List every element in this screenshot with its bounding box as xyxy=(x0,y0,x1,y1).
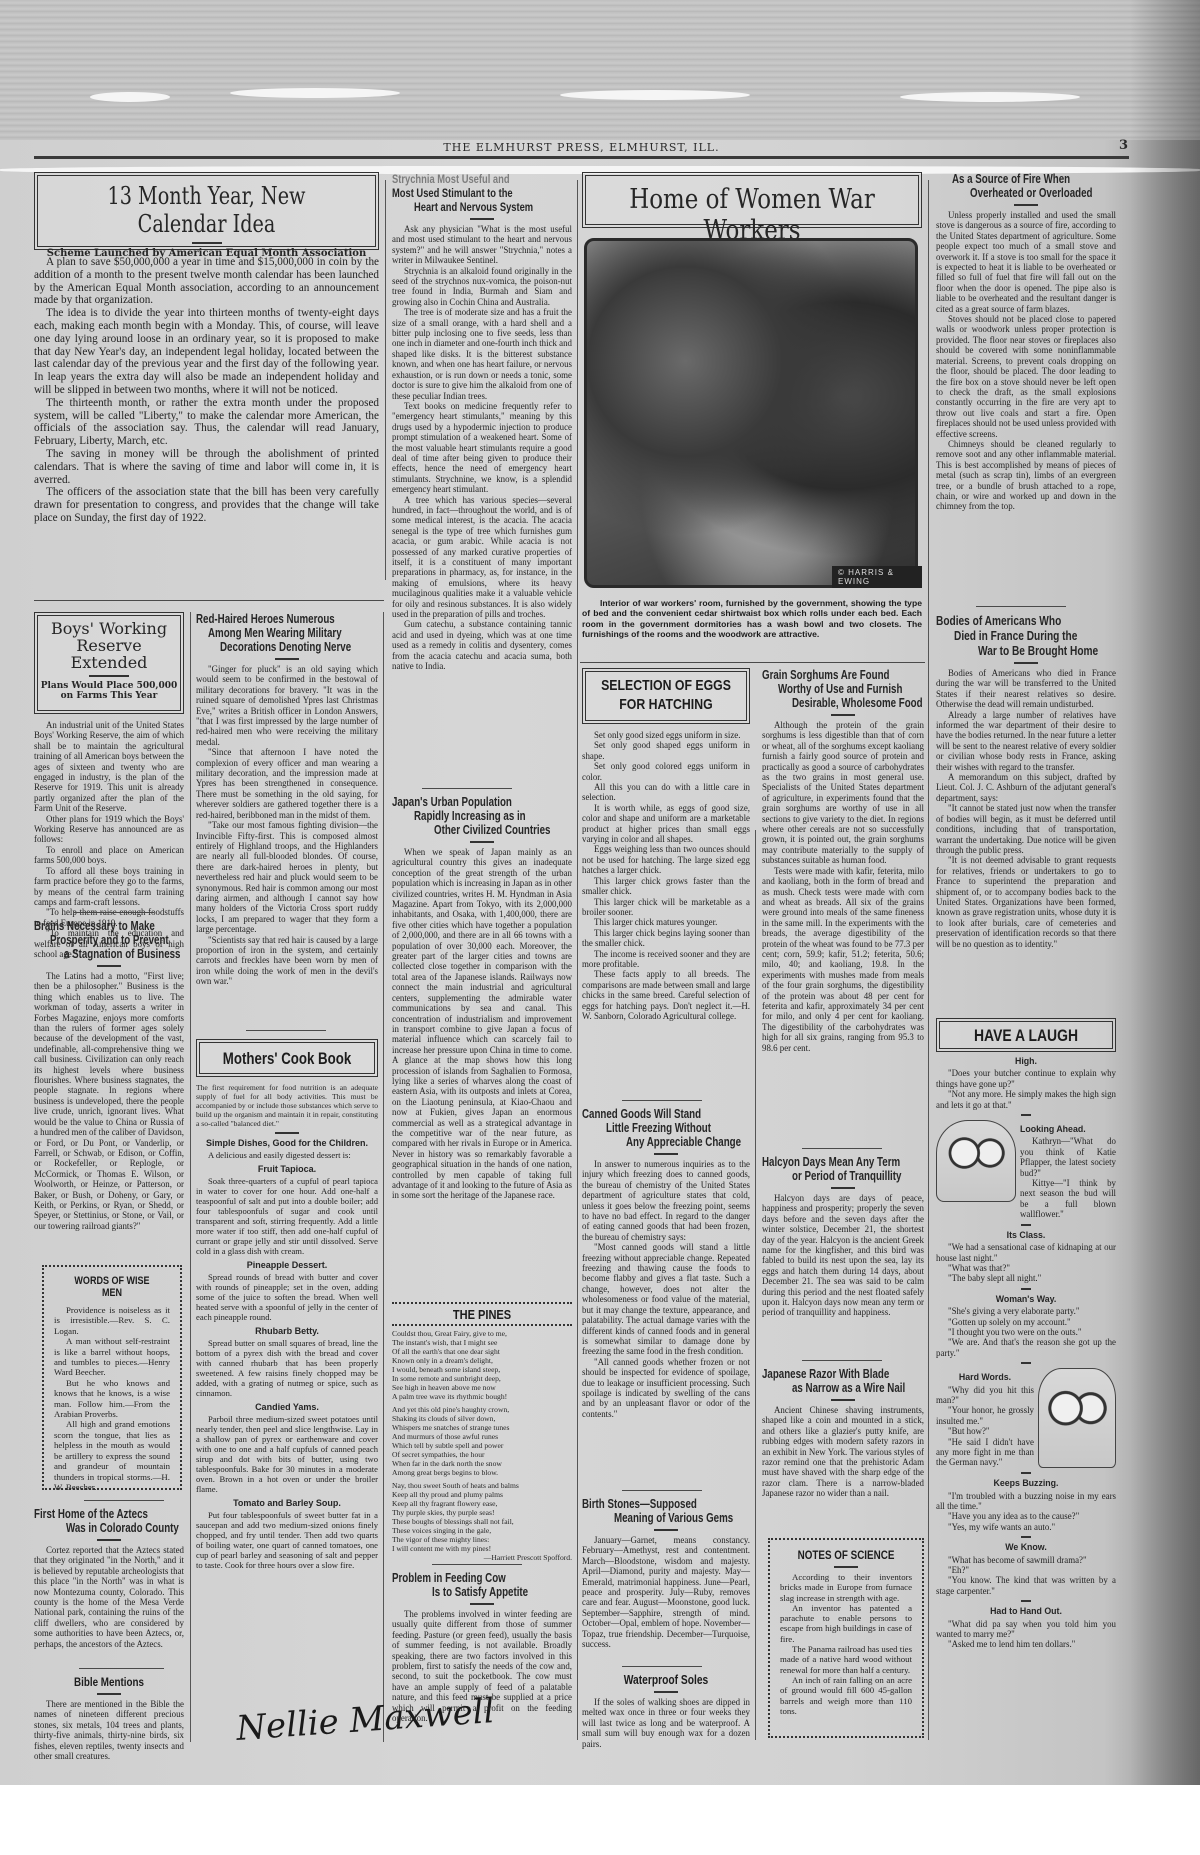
brains-headline-line: Prosperity and to Prevent xyxy=(50,933,155,947)
paragraph: Soak three-quarters of a cupful of pearl… xyxy=(196,1176,378,1256)
joke-line: "What has become of sawmill drama?" xyxy=(936,1555,1116,1565)
joke-line: "Have you any idea as to the cause?" xyxy=(936,1511,1116,1521)
quote: But he who knows and knows that he knows… xyxy=(54,1378,170,1420)
section-rule xyxy=(802,1148,882,1149)
eggs-headline-box: SELECTION OF EGGS FOR HATCHING xyxy=(582,668,750,724)
poem-line: These boughs of blessings shall not fail… xyxy=(392,1517,572,1526)
boys-reserve-subhead: Plans Would Place 500,000 on Farms This … xyxy=(38,681,180,701)
poem-line: A palm tree wave its rhythmic bough! xyxy=(392,1392,572,1401)
divider xyxy=(1021,1536,1031,1538)
photo-headline: Home of Women War Workers xyxy=(611,176,893,246)
joke-title: We Know. xyxy=(936,1542,1116,1552)
bible-headline: Bible Mentions xyxy=(48,1675,171,1689)
razor-article: Japanese Razor With Blade as Narrow as a… xyxy=(762,1360,924,1499)
paragraph: "Ginger for pluck" is an old saying whic… xyxy=(196,664,378,747)
sorghums-headline-line: Grain Sorghums Are Found xyxy=(762,668,888,682)
column-rule xyxy=(577,180,578,1740)
paragraph: An inventor has patented a parachute to … xyxy=(780,1603,912,1644)
paragraph: Chimneys should be cleaned regularly to … xyxy=(936,439,1116,512)
column-rule xyxy=(385,180,386,580)
joke-line: "Not any more. He simply makes the high … xyxy=(936,1089,1116,1110)
feeding-headline-line: Is to Satisfy Appetite xyxy=(432,1585,541,1599)
paragraph: There are mentioned in the Bible the nam… xyxy=(34,1699,184,1761)
column-rule xyxy=(928,180,929,1740)
poem-line: When far in the dark north the snow xyxy=(392,1459,572,1468)
paragraph: When we speak of Japan mainly as an agri… xyxy=(392,847,572,1201)
section-rule xyxy=(422,788,512,789)
courtroom-illustration xyxy=(1038,1368,1116,1468)
sorghums-article: Grain Sorghums Are Found Worthy of Use a… xyxy=(762,668,924,1053)
paragraph: This larger chick grows faster than the … xyxy=(582,876,750,897)
joke-line: "Why did you hit this man?" xyxy=(936,1385,1034,1406)
razor-body: Ancient Chinese shaving instruments, sha… xyxy=(762,1405,924,1499)
feeding-body: The problems involved in winter feeding … xyxy=(392,1609,572,1723)
section-rule xyxy=(432,1564,522,1565)
paragraph: Spread rounds of bread with butter and c… xyxy=(196,1272,378,1322)
eggs-body: Set only good sized eggs uniform in size… xyxy=(582,730,750,1021)
divider xyxy=(1021,1224,1031,1226)
razor-headline-line: Japanese Razor With Blade xyxy=(762,1367,888,1381)
razor-headline-line: as Narrow as a Wire Nail xyxy=(792,1381,895,1395)
joke-line: "What did pa say when you told him you w… xyxy=(936,1619,1116,1640)
joke-title: High. xyxy=(936,1056,1116,1066)
poem-line: See high in heaven above me now xyxy=(392,1383,572,1392)
poem-line: Known only in a dream's delight, xyxy=(392,1356,572,1365)
paragraph: Spread butter on small squares of bread,… xyxy=(196,1338,378,1398)
paragraph: Strychnia is an alkaloid found originall… xyxy=(392,266,572,308)
halcyon-article: Halcyon Days Mean Any Term or Period of … xyxy=(762,1148,924,1318)
science-body: According to their inventors bricks made… xyxy=(780,1572,912,1716)
joke-line: "He said I didn't have any more fight in… xyxy=(936,1437,1034,1468)
calendar-body: A plan to save $50,000,000 a year in tim… xyxy=(34,256,379,525)
paragraph: These facts apply to all breeds. The com… xyxy=(582,969,750,1021)
poem-line: The instant's wish, that I might see xyxy=(392,1338,572,1347)
joke-line: Kittye—"I think by next season the bud w… xyxy=(1020,1178,1116,1220)
quote: All high and grand emotions scorn the to… xyxy=(54,1419,170,1492)
recipe-body: Parboil three medium-sized sweet potatoe… xyxy=(196,1414,378,1494)
photo-headline-box: Home of Women War Workers xyxy=(582,172,922,228)
section-rule xyxy=(246,1030,326,1031)
page-edge-shadow xyxy=(1130,0,1200,1785)
joke-title: Looking Ahead. xyxy=(1020,1124,1116,1134)
strychnia-article: Strychnia Most Useful and Most Used Stim… xyxy=(392,172,572,671)
paragraph: A memorandum on this subject, drafted by… xyxy=(936,772,1116,803)
paragraph: Unless properly installed and used the s… xyxy=(936,210,1116,314)
recipe-body: Spread butter on small squares of bread,… xyxy=(196,1338,378,1398)
sorghums-body: Although the protein of the grain sorghu… xyxy=(762,720,924,1053)
section-rule xyxy=(79,1668,164,1669)
laugh-body: High. "Does your butcher continue to exp… xyxy=(936,1056,1116,1650)
paragraph: The Latins had a motto, "First live; the… xyxy=(34,971,184,1231)
joke-line: Kathryn—"What do you think of Katie Pfla… xyxy=(1020,1136,1116,1178)
waterproof-article: Waterproof Soles If the soles of walking… xyxy=(582,1666,750,1749)
divider xyxy=(470,1603,494,1605)
poem-line: Keep all thy fragrant flowery ease, xyxy=(392,1499,572,1508)
poem-line: Of all the earth's that one dear sight xyxy=(392,1347,572,1356)
column-rule xyxy=(190,612,191,1742)
birth-stones-headline-line: Meaning of Various Gems xyxy=(614,1511,720,1525)
recipe-body: Spread rounds of bread with butter and c… xyxy=(196,1272,378,1322)
bodies-headline-line: Died in France During the xyxy=(954,628,1080,643)
aztecs-body: Cortez reported that the Aztecs stated t… xyxy=(34,1545,184,1649)
section-rule xyxy=(802,1360,882,1361)
joke-line: "Eh?" xyxy=(936,1565,1116,1575)
science-box: NOTES OF SCIENCE According to their inve… xyxy=(768,1538,924,1738)
wise-men-headline: WORDS OF WISE MEN xyxy=(64,1275,159,1299)
pines-headline: THE PINES xyxy=(406,1307,559,1322)
paragraph: This larger chick begins laying sooner t… xyxy=(582,928,750,949)
poem-line: Thy purple skies, thy purple seas! xyxy=(392,1508,572,1517)
feeding-article: Problem in Feeding Cow Is to Satisfy App… xyxy=(392,1564,572,1723)
masthead-rule xyxy=(34,156,1129,159)
poem-line: And murmurs of those awful runes xyxy=(392,1432,572,1441)
red-haired-headline-line: Among Men Wearing Military xyxy=(208,626,341,640)
divider xyxy=(89,675,129,677)
poem-line: Keep all thy proud and plumy palms xyxy=(392,1490,572,1499)
bleed-through-strip xyxy=(0,0,1200,140)
section-rule xyxy=(622,1666,702,1667)
quote: Providence is noiseless as it is irresis… xyxy=(54,1305,170,1336)
paragraph: "It is not deemed advisable to grant req… xyxy=(936,855,1116,949)
paragraph: Although the protein of the grain sorghu… xyxy=(762,720,924,866)
joke-line: "Yes, my wife wants an auto." xyxy=(936,1522,1116,1532)
section-rule xyxy=(622,1490,702,1491)
divider xyxy=(275,1132,299,1134)
paragraph: To enroll and place on American farms 50… xyxy=(34,845,184,866)
section-rule xyxy=(84,1500,164,1501)
boys-reserve-headline-box: Boys' Working Reserve Extended Plans Wou… xyxy=(34,612,184,714)
joke-line: "Your honor, he grossly insulted me." xyxy=(936,1405,1034,1426)
divider xyxy=(654,1529,678,1531)
joke-line: "The baby slept all night." xyxy=(936,1273,1116,1283)
paragraph: The tree is of moderate size and has a f… xyxy=(392,307,572,401)
sorghums-headline-line: Desirable, Wholesome Food xyxy=(792,696,895,710)
paragraph: It is worth while, as eggs of good size,… xyxy=(582,803,750,845)
paper-tear xyxy=(560,90,750,100)
paragraph: A delicious and easily digested dessert … xyxy=(196,1150,378,1160)
paragraph: Eggs weighing less than two ounces shoul… xyxy=(582,844,750,875)
joke-line: "She's giving a very elaborate party." xyxy=(936,1306,1116,1316)
divider xyxy=(1021,1472,1031,1474)
paragraph: An industrial unit of the United States … xyxy=(34,720,184,814)
red-haired-headline-line: Decorations Denoting Nerve xyxy=(220,640,343,654)
brains-headline-line: a Stagnation of Business xyxy=(64,947,158,961)
photo-credit: © HARRIS & EWING xyxy=(832,566,922,588)
sorghums-headline-line: Worthy of Use and Furnish xyxy=(778,682,892,696)
paragraph: Bodies of Americans who died in France d… xyxy=(936,668,1116,710)
joke-line: "What was that?" xyxy=(936,1263,1116,1273)
paragraph: The officers of the association state th… xyxy=(34,486,379,524)
paragraph: Put four tablespoonfuls of sweet butter … xyxy=(196,1510,378,1570)
paragraph: Stoves should not be placed close to pap… xyxy=(936,314,1116,439)
japan-headline-line: Other Civilized Countries xyxy=(434,823,542,837)
paragraph: Tests were made with kafir, feterita, mi… xyxy=(762,866,924,1053)
calendar-article: 13 Month Year, New Calendar Idea Scheme … xyxy=(34,172,379,525)
japan-headline-line: Rapidly Increasing as in xyxy=(414,809,537,823)
paragraph: "Scientists say that red hair is caused … xyxy=(196,935,378,987)
boys-reserve-article: Boys' Working Reserve Extended Plans Wou… xyxy=(34,612,184,959)
wise-men-box: WORDS OF WISE MEN Providence is noiseles… xyxy=(42,1265,182,1490)
divider xyxy=(654,1153,678,1155)
bible-article: Bible Mentions There are mentioned in th… xyxy=(34,1668,184,1761)
paragraph: In answer to numerous inquiries as to th… xyxy=(582,1159,750,1242)
joke-title: Keeps Buzzing. xyxy=(936,1478,1116,1488)
poem-line: Which tell by subtle spell and power xyxy=(392,1441,572,1450)
brains-article: Brains Necessary to Make Prosperity and … xyxy=(34,912,184,1231)
cook-book-section-intro: A delicious and easily digested dessert … xyxy=(196,1150,378,1160)
japan-body: When we speak of Japan mainly as an agri… xyxy=(392,847,572,1201)
divider xyxy=(192,242,222,244)
calendar-headline-box: 13 Month Year, New Calendar Idea Scheme … xyxy=(34,172,379,250)
bible-body: There are mentioned in the Bible the nam… xyxy=(34,1699,184,1761)
paragraph: If the soles of walking shoes are dipped… xyxy=(582,1697,750,1749)
divider xyxy=(1021,1288,1031,1290)
poem-line: These voices singing in the gale, xyxy=(392,1526,572,1535)
aztecs-headline-line: First Home of the Aztecs xyxy=(34,1507,151,1521)
page-number: 3 xyxy=(1119,138,1129,153)
canned-article: Canned Goods Will Stand Little Freezing … xyxy=(582,1100,750,1419)
paragraph: A tree which has various species—several… xyxy=(392,495,572,620)
paragraph: "Most canned goods will stand a little f… xyxy=(582,1242,750,1356)
canned-body: In answer to numerous inquiries as to th… xyxy=(582,1159,750,1419)
divider xyxy=(1021,1600,1031,1602)
paper-tear xyxy=(90,92,170,102)
joke-line: "But how?" xyxy=(936,1426,1034,1436)
paragraph: Already a large number of relatives have… xyxy=(936,710,1116,772)
paragraph: All this you can do with a little care i… xyxy=(582,782,750,803)
joke-line: "We had a sensational case of kidnaping … xyxy=(936,1242,1116,1263)
bodies-article: Bodies of Americans Who Died in France D… xyxy=(936,606,1116,949)
paragraph: "Since that afternoon I have noted the c… xyxy=(196,747,378,820)
brains-body: The Latins had a motto, "First live; the… xyxy=(34,971,184,1231)
birth-stones-article: Birth Stones—Supposed Meaning of Various… xyxy=(582,1490,750,1649)
divider xyxy=(97,965,121,967)
red-haired-article: Red-Haired Heroes Numerous Among Men Wea… xyxy=(196,612,378,987)
paragraph: Set only good sized eggs uniform in size… xyxy=(582,730,750,740)
brains-headline-line: Brains Necessary to Make xyxy=(34,919,151,933)
pines-stanzas: Couldst thou, Great Fairy, give to me, T… xyxy=(392,1329,572,1562)
photo-feature: Home of Women War Workers © HARRIS & EWI… xyxy=(582,172,922,228)
pines-poem: THE PINES Couldst thou, Great Fairy, giv… xyxy=(392,1302,572,1562)
divider xyxy=(470,841,494,843)
canned-headline-line: Canned Goods Will Stand xyxy=(582,1107,713,1121)
poem-line: In some remote and sunbright deep, xyxy=(392,1374,572,1383)
stove-body: Unless properly installed and used the s… xyxy=(936,210,1116,512)
paper-tear xyxy=(900,92,1080,102)
halcyon-headline-line: or Period of Tranquillity xyxy=(792,1169,895,1183)
joke-title: Hard Words. xyxy=(936,1372,1034,1382)
column-rule xyxy=(755,830,756,1740)
aztecs-article: First Home of the Aztecs Was in Colorado… xyxy=(34,1500,184,1649)
calendar-subhead: Scheme Launched by American Equal Month … xyxy=(38,248,375,259)
bodies-body: Bodies of Americans who died in France d… xyxy=(936,668,1116,949)
paragraph: "It cannot be stated just now when the t… xyxy=(936,803,1116,855)
section-rule xyxy=(622,1100,702,1101)
joke-line: "We are. And that's the reason she got u… xyxy=(936,1337,1116,1358)
feeding-headline-line: Problem in Feeding Cow xyxy=(392,1571,532,1585)
recipe-body: Put four tablespoonfuls of sweet butter … xyxy=(196,1510,378,1570)
paragraph: The income is received sooner and they a… xyxy=(582,949,750,970)
recipe-title: Candied Yams. xyxy=(196,1402,378,1412)
poem-line: I would, beneath some island steep, xyxy=(392,1365,572,1374)
poem-line: I will content me with my pines! xyxy=(392,1544,572,1553)
paragraph: An inch of rain falling on an acre of gr… xyxy=(780,1675,912,1716)
waterproof-headline: Waterproof Soles xyxy=(597,1673,735,1687)
joke-line: "Does your butcher continue to explain w… xyxy=(936,1068,1116,1089)
paragraph: The saving in money will be through the … xyxy=(34,448,379,486)
paragraph: Set only good colored eggs uniform in co… xyxy=(582,761,750,782)
section-rule xyxy=(74,912,154,913)
quote: A man without self-restraint is like a b… xyxy=(54,1336,170,1378)
laugh-headline: HAVE A LAUGH xyxy=(955,1022,1096,1046)
poem-line: Whispers me snatches of strange tunes xyxy=(392,1423,572,1432)
divider xyxy=(834,1566,858,1568)
section-rule xyxy=(34,600,384,601)
halcyon-body: Halcyon days are days of peace, happines… xyxy=(762,1193,924,1318)
paragraph: The Panama railroad has used ties made o… xyxy=(780,1644,912,1675)
divider xyxy=(1014,204,1038,206)
red-haired-headline-line: Red-Haired Heroes Numerous xyxy=(196,612,338,626)
joke-line: "Gotten up solely on my account." xyxy=(936,1317,1116,1327)
canned-headline-line: Little Freezing Without xyxy=(606,1121,718,1135)
recipe-body: Soak three-quarters of a cupful of pearl… xyxy=(196,1176,378,1256)
divider xyxy=(97,1539,121,1541)
divider xyxy=(275,658,299,660)
joke-title: Its Class. xyxy=(936,1230,1116,1240)
cook-book-section-title: Simple Dishes, Good for the Children. xyxy=(196,1138,378,1148)
poem-line: Shaking its clouds of silver down, xyxy=(392,1414,572,1423)
divider xyxy=(97,1693,121,1695)
masthead-title: THE ELMHURST PRESS, ELMHURST, ILL. xyxy=(443,141,719,154)
section-rule xyxy=(580,662,925,663)
canned-headline-line: Any Appreciable Change xyxy=(626,1135,723,1149)
stove-headline-line: Overheated or Overloaded xyxy=(970,186,1084,200)
paragraph: Gum catechu, a substance containing tann… xyxy=(392,619,572,671)
paragraph: January—Garnet, means constancy. Februar… xyxy=(582,1535,750,1649)
poem-line: Of secret sympathies, the hour xyxy=(392,1450,572,1459)
strychnia-headline-line: Strychnia Most Useful and xyxy=(392,172,532,186)
bodies-headline-line: Bodies of Americans Who xyxy=(936,613,1076,628)
paragraph: "Take our most famous fighting division—… xyxy=(196,820,378,934)
paragraph: A plan to save $50,000,000 a year in tim… xyxy=(34,256,379,307)
divider xyxy=(1021,1362,1031,1364)
cook-book-intro: The first requirement for food nutrition… xyxy=(196,1083,378,1128)
divider xyxy=(831,714,855,716)
paper-tear xyxy=(230,88,400,98)
halcyon-headline-line: Halcyon Days Mean Any Term xyxy=(762,1155,888,1169)
joke-line: "Asked me to lend him ten dollars." xyxy=(936,1639,1116,1649)
paragraph: This larger chick matures younger. xyxy=(582,917,750,927)
strychnia-headline-line: Heart and Nervous System xyxy=(414,200,537,214)
cook-book-headline-box: Mothers' Cook Book xyxy=(196,1039,378,1077)
poem-line: The vigor of these mighty lines: xyxy=(392,1535,572,1544)
wise-men-body: Providence is noiseless as it is irresis… xyxy=(54,1305,170,1492)
science-headline: NOTES OF SCIENCE xyxy=(792,1548,900,1562)
poem-line: Among great bergs begins to blow. xyxy=(392,1468,572,1477)
recipe-title: Pineapple Dessert. xyxy=(196,1260,378,1270)
society-girls-illustration xyxy=(936,1120,1016,1202)
recipe-title: Fruit Tapioca. xyxy=(196,1164,378,1174)
japan-article: Japan's Urban Population Rapidly Increas… xyxy=(392,788,572,1201)
joke-title: Woman's Way. xyxy=(936,1294,1116,1304)
joke-line: "You know. The kind that was written by … xyxy=(936,1575,1116,1596)
cook-book-article: Mothers' Cook Book The first requirement… xyxy=(196,1030,378,1570)
birth-stones-headline-line: Birth Stones—Supposed xyxy=(582,1497,713,1511)
japan-headline-line: Japan's Urban Population xyxy=(392,795,532,809)
strychnia-headline-line: Most Used Stimulant to the xyxy=(392,186,532,200)
cook-book-headline: Mothers' Cook Book xyxy=(219,1043,355,1069)
bodies-headline-line: War to Be Brought Home xyxy=(978,643,1086,658)
aztecs-headline-line: Was in Colorado County xyxy=(66,1521,158,1535)
paragraph: According to their inventors bricks made… xyxy=(780,1572,912,1603)
paragraph: The thirteenth month, or rather the extr… xyxy=(34,397,379,448)
section-rule xyxy=(976,606,1066,607)
paragraph: Other plans for 1919 which the Boys' Wor… xyxy=(34,814,184,845)
calendar-headline: 13 Month Year, New Calendar Idea xyxy=(72,176,342,238)
paragraph: Cortez reported that the Aztecs stated t… xyxy=(34,1545,184,1649)
strychnia-body: Ask any physician "What is the most usef… xyxy=(392,224,572,671)
divider xyxy=(831,1187,855,1189)
laugh-headline-box: HAVE A LAUGH xyxy=(936,1018,1116,1052)
paragraph: Text books on medicine frequently refer … xyxy=(392,401,572,495)
stove-headline-line: As a Source of Fire When xyxy=(952,172,1080,186)
paragraph: Parboil three medium-sized sweet potatoe… xyxy=(196,1414,378,1494)
paragraph: Ask any physician "What is the most usef… xyxy=(392,224,572,266)
recipe-title: Rhubarb Betty. xyxy=(196,1326,378,1336)
poem-line: And yet this old pine's haughty crown, xyxy=(392,1405,572,1414)
divider xyxy=(470,218,494,220)
joke-line: "I thought you two were on the outs." xyxy=(936,1327,1116,1337)
poem-line: Couldst thou, Great Fairy, give to me, xyxy=(392,1329,572,1338)
laugh-column: HAVE A LAUGH High. "Does your butcher co… xyxy=(936,1018,1116,1650)
column-rule xyxy=(383,612,384,1742)
stove-article: As a Source of Fire When Overheated or O… xyxy=(936,172,1116,512)
newspaper-page: THE ELMHURST PRESS, ELMHURST, ILL. 3 13 … xyxy=(0,0,1200,1785)
paragraph: Set only good shaped eggs uniform in sha… xyxy=(582,740,750,761)
eggs-headline: SELECTION OF EGGS FOR HATCHING xyxy=(600,672,731,714)
eggs-article: SELECTION OF EGGS FOR HATCHING Set only … xyxy=(582,668,750,1021)
red-haired-body: "Ginger for pluck" is an old saying whic… xyxy=(196,664,378,987)
poem-line: Nay, thou sweet South of heats and balms xyxy=(392,1481,572,1490)
paragraph: To afford all these boys training in far… xyxy=(34,866,184,908)
paragraph: "All canned goods whether frozen or not … xyxy=(582,1357,750,1419)
war-workers-photo xyxy=(584,238,918,588)
poem-author: —Harriett Prescott Spofford. xyxy=(392,1553,572,1562)
divider xyxy=(1014,662,1038,664)
waterproof-body: If the soles of walking shoes are dipped… xyxy=(582,1697,750,1749)
divider xyxy=(654,1691,678,1693)
divider xyxy=(831,1399,855,1401)
birth-stones-body: January—Garnet, means constancy. Februar… xyxy=(582,1535,750,1649)
paragraph: The problems involved in winter feeding … xyxy=(392,1609,572,1723)
recipe-title: Tomato and Barley Soup. xyxy=(196,1498,378,1508)
paragraph: The idea is to divide the year into thir… xyxy=(34,307,379,397)
paragraph: This larger chick will be marketable as … xyxy=(582,897,750,918)
joke-line: "I'm troubled with a buzzing noise in my… xyxy=(936,1491,1116,1512)
boys-reserve-headline: Boys' Working Reserve Extended xyxy=(38,616,180,671)
photo-caption: Interior of war workers' room, furnished… xyxy=(582,598,922,640)
paragraph: Halcyon days are days of peace, happines… xyxy=(762,1193,924,1318)
paragraph: Ancient Chinese shaving instruments, sha… xyxy=(762,1405,924,1499)
joke-title: Had to Hand Out. xyxy=(936,1606,1116,1616)
divider xyxy=(1021,1114,1031,1116)
